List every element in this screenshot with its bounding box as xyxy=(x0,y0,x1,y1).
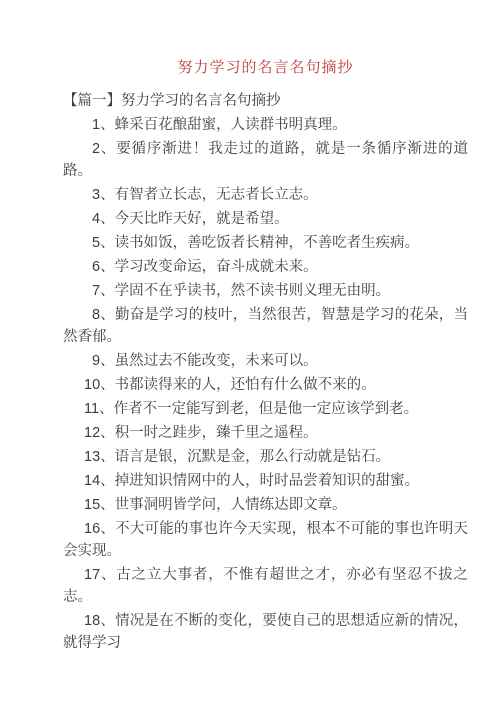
section-heading: 【篇一】努力学习的名言名句摘抄 xyxy=(63,90,468,112)
quote-item: 6、学习改变命运，奋斗成就未来。 xyxy=(63,256,468,278)
quote-item: 5、读书如饭，善吃饭者长精神，不善吃者生疾病。 xyxy=(63,232,468,254)
quote-item: 17、古之立大事者，不惟有超世之才，亦必有坚忍不拔之志。 xyxy=(63,564,468,608)
quote-item: 15、世事洞明皆学问，人情练达即文章。 xyxy=(63,494,468,516)
quote-item: 16、不大可能的事也许今天实现，根本不可能的事也许明天会实现。 xyxy=(63,518,468,562)
quote-item: 13、语言是银，沉默是金，那么行动就是钻石。 xyxy=(63,446,468,468)
quote-item: 11、作者不一定能写到老，但是他一定应该学到老。 xyxy=(63,398,468,420)
document-title: 努力学习的名言名句摘抄 xyxy=(63,56,468,77)
quote-item: 3、有智者立长志，无志者长立志。 xyxy=(63,184,468,206)
quote-item: 18、情况是在不断的变化，要使自己的思想适应新的情况，就得学习 xyxy=(63,610,468,654)
quote-item: 14、掉进知识情网中的人，时时品尝着知识的甜蜜。 xyxy=(63,470,468,492)
quote-item: 1、蜂采百花酿甜蜜，人读群书明真理。 xyxy=(63,114,468,136)
quote-item: 4、今天比昨天好，就是希望。 xyxy=(63,208,468,230)
quote-item: 8、勤奋是学习的枝叶，当然很苦，智慧是学习的花朵，当然香郁。 xyxy=(63,304,468,348)
quote-list: 1、蜂采百花酿甜蜜，人读群书明真理。2、要循序渐进！我走过的道路，就是一条循序渐… xyxy=(63,114,468,654)
quote-item: 12、积一时之跬步，臻千里之遥程。 xyxy=(63,422,468,444)
document-page: 努力学习的名言名句摘抄 【篇一】努力学习的名言名句摘抄 1、蜂采百花酿甜蜜，人读… xyxy=(0,0,500,708)
quote-item: 10、书都读得来的人，还怕有什么做不来的。 xyxy=(63,374,468,396)
quote-item: 9、虽然过去不能改变，未来可以。 xyxy=(63,350,468,372)
quote-item: 2、要循序渐进！我走过的道路，就是一条循序渐进的道路。 xyxy=(63,138,468,182)
quote-item: 7、学固不在乎读书，然不读书则义理无由明。 xyxy=(63,280,468,302)
